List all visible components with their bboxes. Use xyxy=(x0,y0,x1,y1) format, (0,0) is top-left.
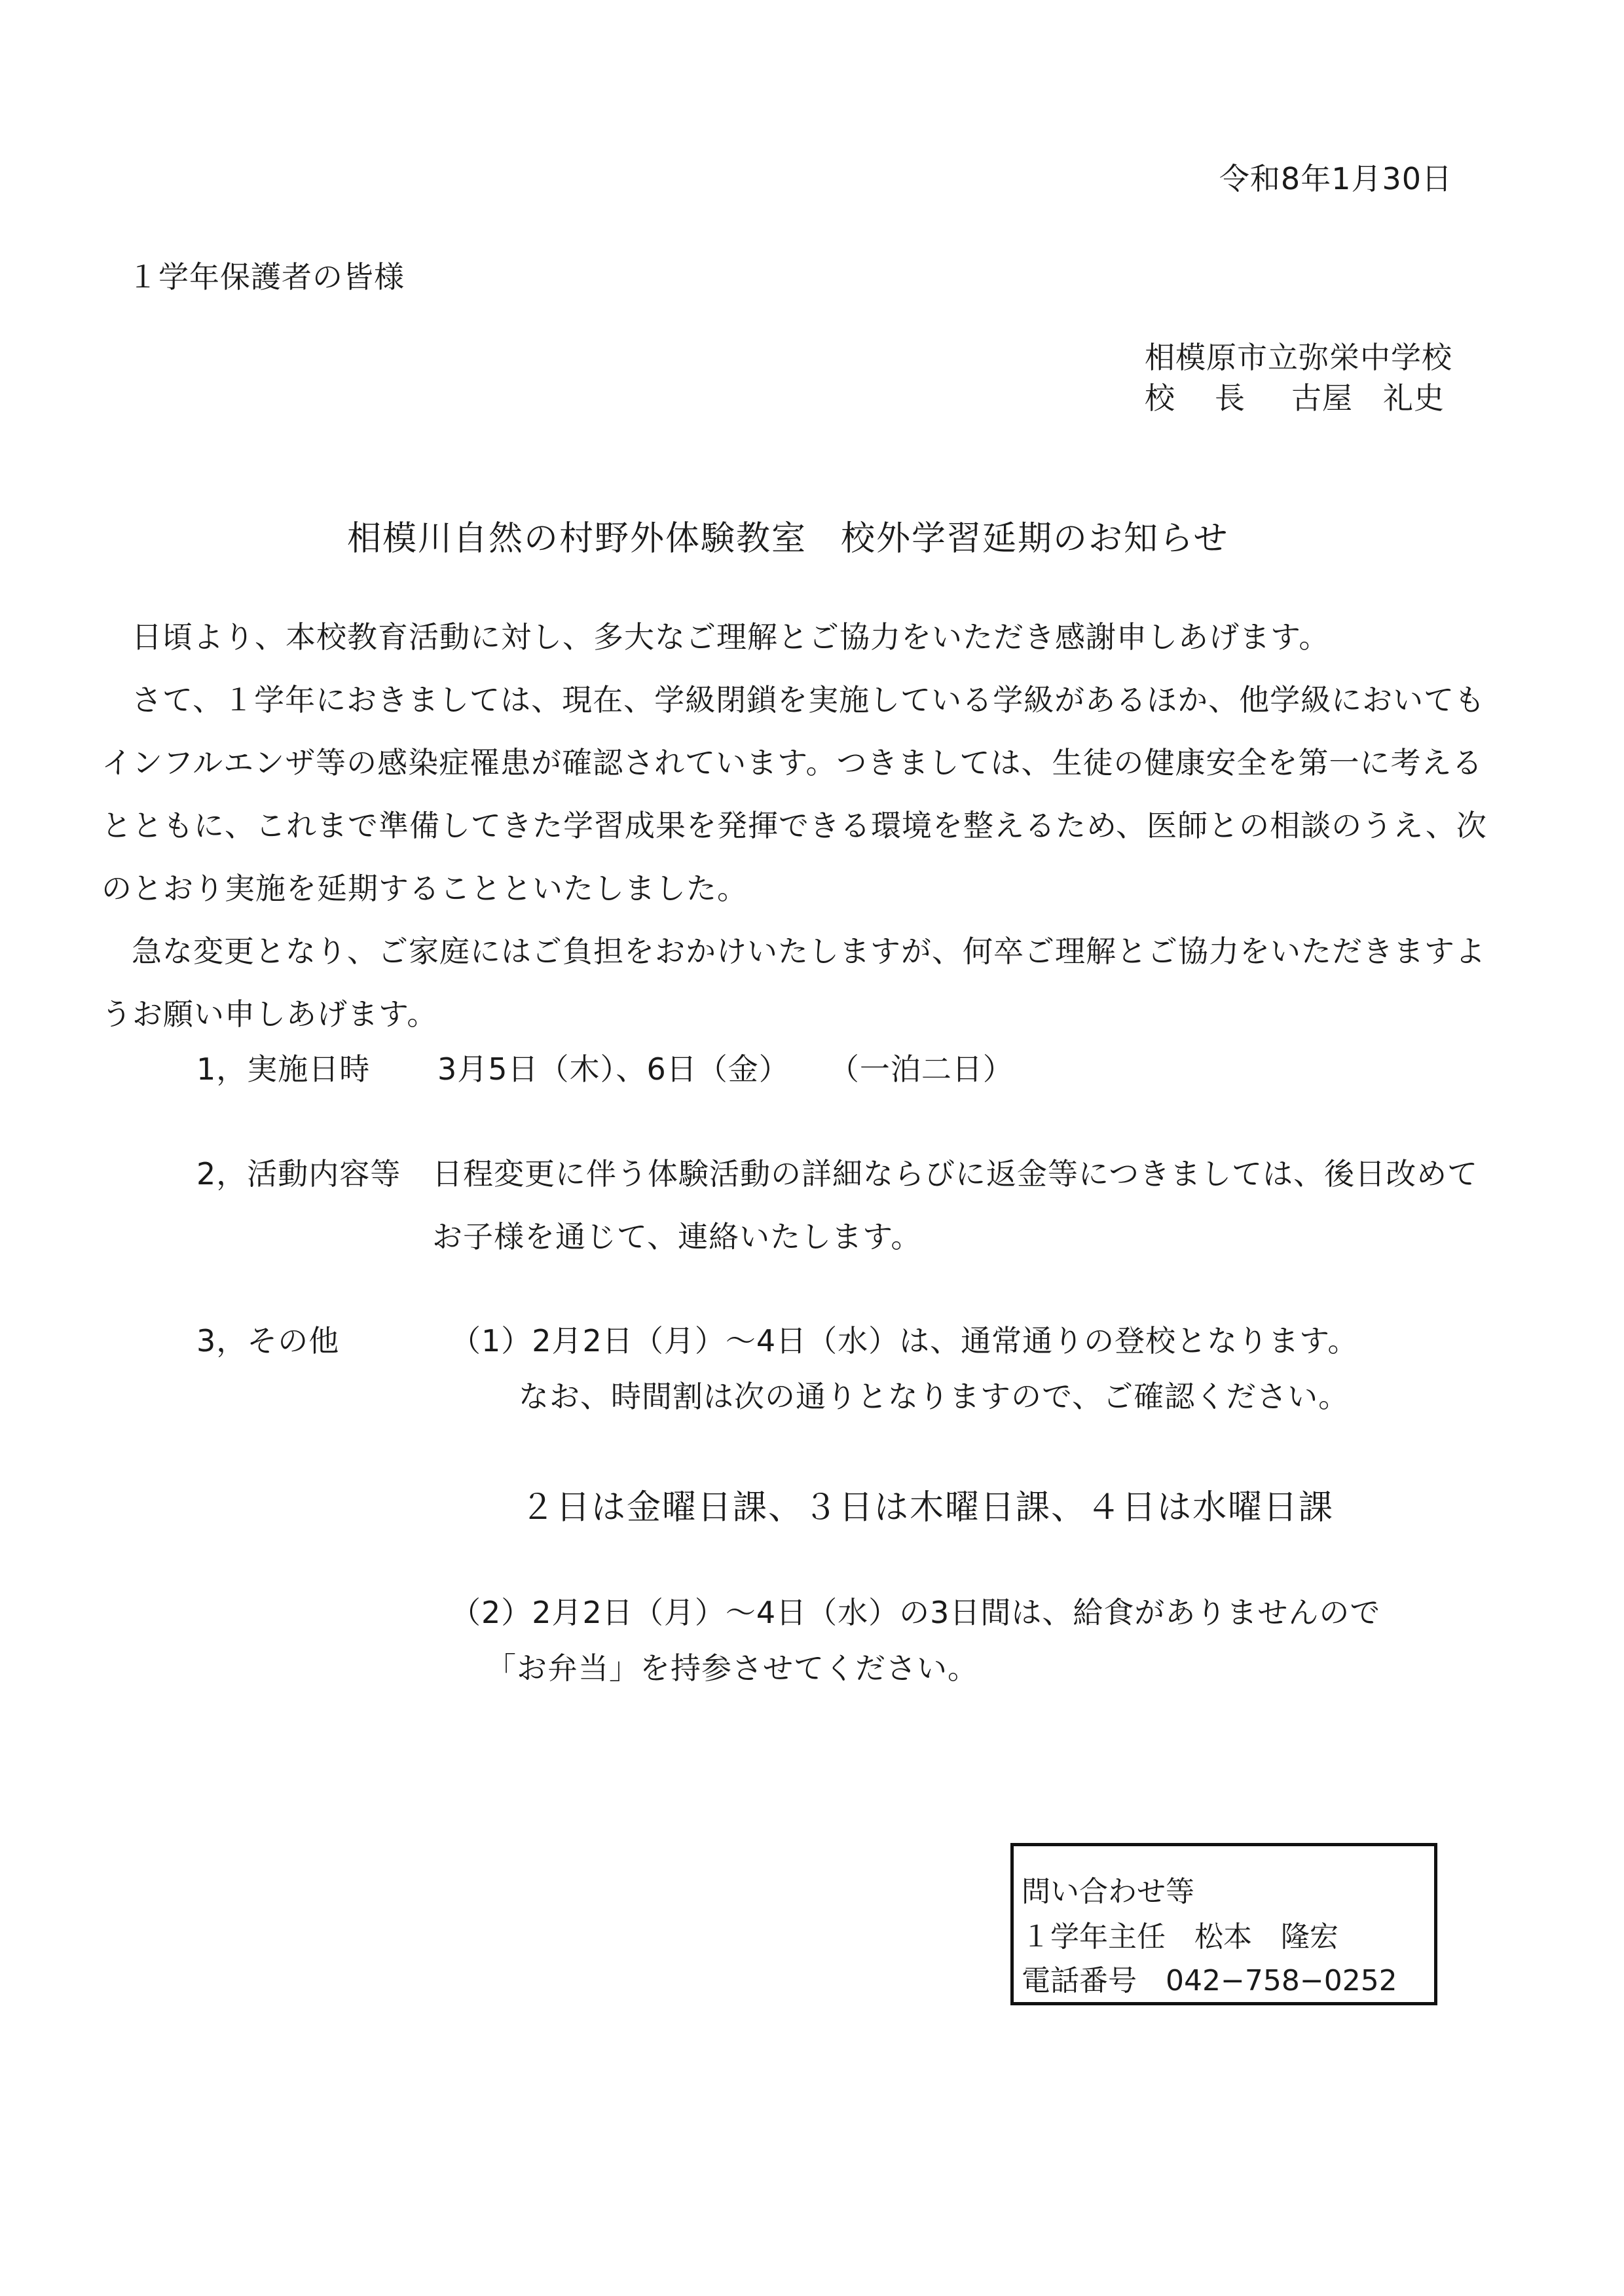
item-2-content: 日程変更に伴う体験活動の詳細ならびに返金等につきましては、後日改めてお子様を通じ… xyxy=(432,1142,1486,1268)
sub-item-1-text: 2月2日（月）～4日（水）は、通常通りの登校となります。 xyxy=(532,1323,1358,1358)
principal-title-char1: 校 xyxy=(1145,380,1175,416)
contact-person: １学年主任松本隆宏 xyxy=(1022,1923,1338,1952)
item-1-number: 1， xyxy=(196,1051,247,1087)
sub-item-1-line2: なお、時間割は次の通りとなりますので、ご確認ください。 xyxy=(519,1381,1349,1412)
recipient: １学年保護者の皆様 xyxy=(128,262,405,292)
phone-label: 電話番号 xyxy=(1022,1964,1137,1997)
principal-line: 校長 古屋礼史 xyxy=(1145,378,1445,418)
document-title: 相模川自然の村野外体験教室校外学習延期のお知らせ xyxy=(347,511,1228,560)
principal-title-char2: 長 xyxy=(1215,380,1246,416)
event-dates: 3月5日（木）、6日（金） xyxy=(437,1051,790,1087)
item-1-label: 1，実施日時 xyxy=(196,1054,370,1084)
principal-title: 校長 xyxy=(1145,378,1246,418)
phone-number: 042−758−0252 xyxy=(1166,1964,1397,1997)
paragraph-apology: 急な変更となり、ご家庭にはご負担をおかけいたしますが、何卒ご理解とご協力をいただ… xyxy=(101,920,1509,1046)
contact-heading: 問い合わせ等 xyxy=(1022,1878,1194,1906)
school-name: 相模原市立弥栄中学校 xyxy=(1145,337,1452,378)
principal-surname: 古屋 xyxy=(1291,380,1353,416)
contact-given-name: 隆宏 xyxy=(1281,1920,1338,1954)
sub-item-1-line1: （1）2月2日（月）～4日（水）は、通常通りの登校となります。 xyxy=(451,1326,1358,1356)
sub-item-1-marker: （1） xyxy=(451,1323,532,1358)
item-3-label: 3，その他 xyxy=(196,1326,339,1356)
item-2-title: 活動内容等 xyxy=(247,1156,401,1192)
paragraph-reason: さて、１学年におきましては、現在、学級閉鎖を実施している学級があるほか、他学級に… xyxy=(101,668,1509,920)
item-2-label: 2，活動内容等 xyxy=(196,1159,401,1189)
schedule-notice: ２日は金曜日課、３日は木曜日課、４日は水曜日課 xyxy=(521,1480,1334,1529)
item-2-number: 2， xyxy=(196,1156,247,1192)
title-part1: 相模川自然の村野外体験教室 xyxy=(347,519,807,558)
body-text: 日頃より、本校教育活動に対し、多大なご理解とご協力をいただき感謝申しあげます。 … xyxy=(101,606,1509,1046)
contact-surname: 松本 xyxy=(1194,1920,1252,1954)
item-3-number: 3， xyxy=(196,1323,247,1358)
sub-item-2-line1: （2）2月2日（月）～4日（水）の3日間は、給食がありませんので xyxy=(451,1597,1380,1628)
sub-item-2-marker: （2） xyxy=(451,1595,532,1630)
item-3-title: その他 xyxy=(247,1323,339,1358)
item-1-content: 3月5日（木）、6日（金）（一泊二日） xyxy=(437,1054,1014,1084)
sub-item-2-text: 2月2日（月）～4日（水）の3日間は、給食がありませんので xyxy=(532,1595,1380,1630)
contact-phone-line: 電話番号042−758−0252 xyxy=(1022,1967,1397,1995)
paragraph-greeting: 日頃より、本校教育活動に対し、多大なご理解とご協力をいただき感謝申しあげます。 xyxy=(101,606,1509,668)
principal-given-name: 礼史 xyxy=(1383,380,1445,416)
title-part2: 校外学習延期のお知らせ xyxy=(841,519,1228,558)
sub-item-2-line2: 「お弁当」を持参させてください。 xyxy=(486,1653,978,1683)
document-date: 令和8年1月30日 xyxy=(1219,164,1452,194)
item-1-title: 実施日時 xyxy=(247,1051,370,1087)
principal-name: 古屋礼史 xyxy=(1291,378,1445,418)
event-duration: （一泊二日） xyxy=(829,1051,1014,1087)
contact-role: １学年主任 xyxy=(1022,1920,1166,1954)
contact-box: 問い合わせ等 １学年主任松本隆宏 電話番号042−758−0252 xyxy=(1010,1843,1437,2005)
sender-block: 相模原市立弥栄中学校 校長 古屋礼史 xyxy=(1145,337,1452,418)
